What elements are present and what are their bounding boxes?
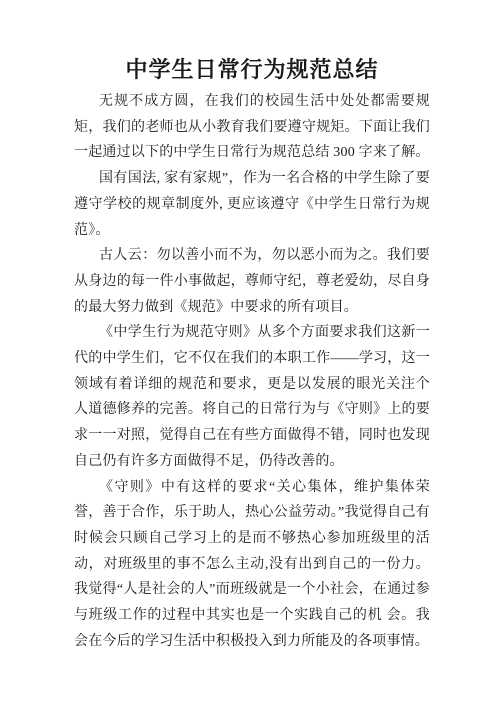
paragraph-code-of-conduct: 《中学生行为规范守则》从多个方面要求我们这新一代的中学生们，它不仅在我们的本职工… (74, 320, 430, 474)
paragraph-intro: 无规不成方圆，在我们的校园生活中处处都需要规矩，我们的老师也从小教育我们要遵守规… (74, 89, 430, 166)
paragraph-ancient-saying: 古人云：勿以善小而不为，勿以恶小而为之。我们要从身边的每一件小事做起，尊师守纪，… (74, 243, 430, 320)
document-title: 中学生日常行为规范总结 (74, 57, 430, 83)
paragraph-collective-care: 《守则》中有这样的要求“关心集体，维护集体荣誉，善于合作，乐于助人，热心公益劳动… (74, 475, 430, 655)
document-page: 中学生日常行为规范总结 无规不成方圆，在我们的校园生活中处处都需要规矩，我们的老… (0, 0, 496, 702)
paragraph-rules-quote: 国有国法, 家有家规”，作为一名合格的中学生除了要遵守学校的规章制度外, 更应该… (74, 166, 430, 243)
